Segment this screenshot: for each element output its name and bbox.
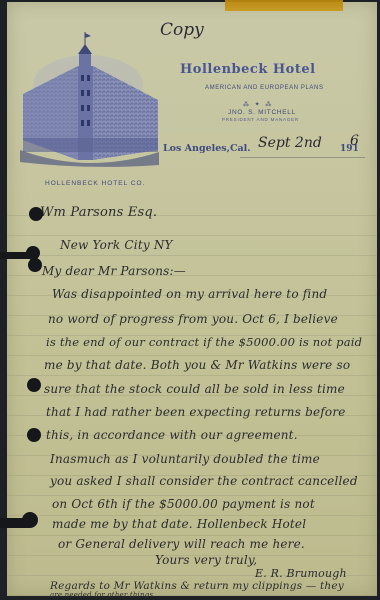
vignette-caption: HOLLENBECK HOTEL CO. <box>45 180 145 187</box>
date-rule <box>240 157 365 158</box>
ornament-divider: ⁂ ✦ ⁂ <box>243 101 273 108</box>
handwritten-year-digit: 6 <box>350 133 359 149</box>
body-line: Inasmuch as I voluntarily doubled the ti… <box>50 452 320 466</box>
body-line: that I had rather been expecting returns… <box>46 405 346 419</box>
addressee-line: Wm Parsons Esq. <box>40 205 157 220</box>
body-line: no word of progress from you. Oct 6, I b… <box>48 312 338 326</box>
proprietor-name: JNO. S. MITCHELL <box>228 109 296 116</box>
binder-hole <box>22 512 38 528</box>
address-line: New York City NY <box>60 238 173 252</box>
binder-hole <box>29 207 43 221</box>
binder-hole <box>27 428 41 442</box>
binder-hole <box>27 378 41 392</box>
signature: E. R. Brumough <box>255 567 347 580</box>
adhesive-tape <box>225 0 343 11</box>
place-line: Los Angeles,Cal. <box>163 143 251 154</box>
hotel-building-engraving <box>18 30 161 170</box>
closing: Yours very truly, <box>155 553 257 567</box>
body-line: sure that the stock could all be sold in… <box>44 382 345 396</box>
body-line: Was disappointed on my arrival here to f… <box>52 287 327 301</box>
body-line: on Oct 6th if the $5000.00 payment is no… <box>52 497 315 511</box>
body-line: is the end of our contract if the $5000.… <box>46 335 362 349</box>
copy-annotation: Copy <box>160 20 204 40</box>
plans-line: American and European Plans <box>205 85 324 91</box>
body-line: you asked I shall consider the contract … <box>50 474 358 488</box>
body-line: made me by that date. Hollenbeck Hotel <box>52 517 306 531</box>
body-line: me by that date. Both you & Mr Watkins w… <box>44 358 350 372</box>
hotel-name: Hollenbeck Hotel <box>180 62 316 77</box>
body-line: or General delivery will reach me here. <box>58 537 305 551</box>
letterhead-small-print: · · · · <box>257 123 272 127</box>
proprietor-title: PRESIDENT AND MANAGER <box>222 117 299 122</box>
postscript-line: are needed for other things <box>50 591 153 599</box>
salutation: My dear Mr Parsons:— <box>42 264 186 278</box>
ruled-lines <box>7 196 377 596</box>
body-line: this, in accordance with our agreement. <box>46 428 298 442</box>
hotel-building-icon <box>18 30 161 170</box>
handwritten-date: Sept 2nd <box>258 135 322 151</box>
binder-hole <box>28 258 42 272</box>
